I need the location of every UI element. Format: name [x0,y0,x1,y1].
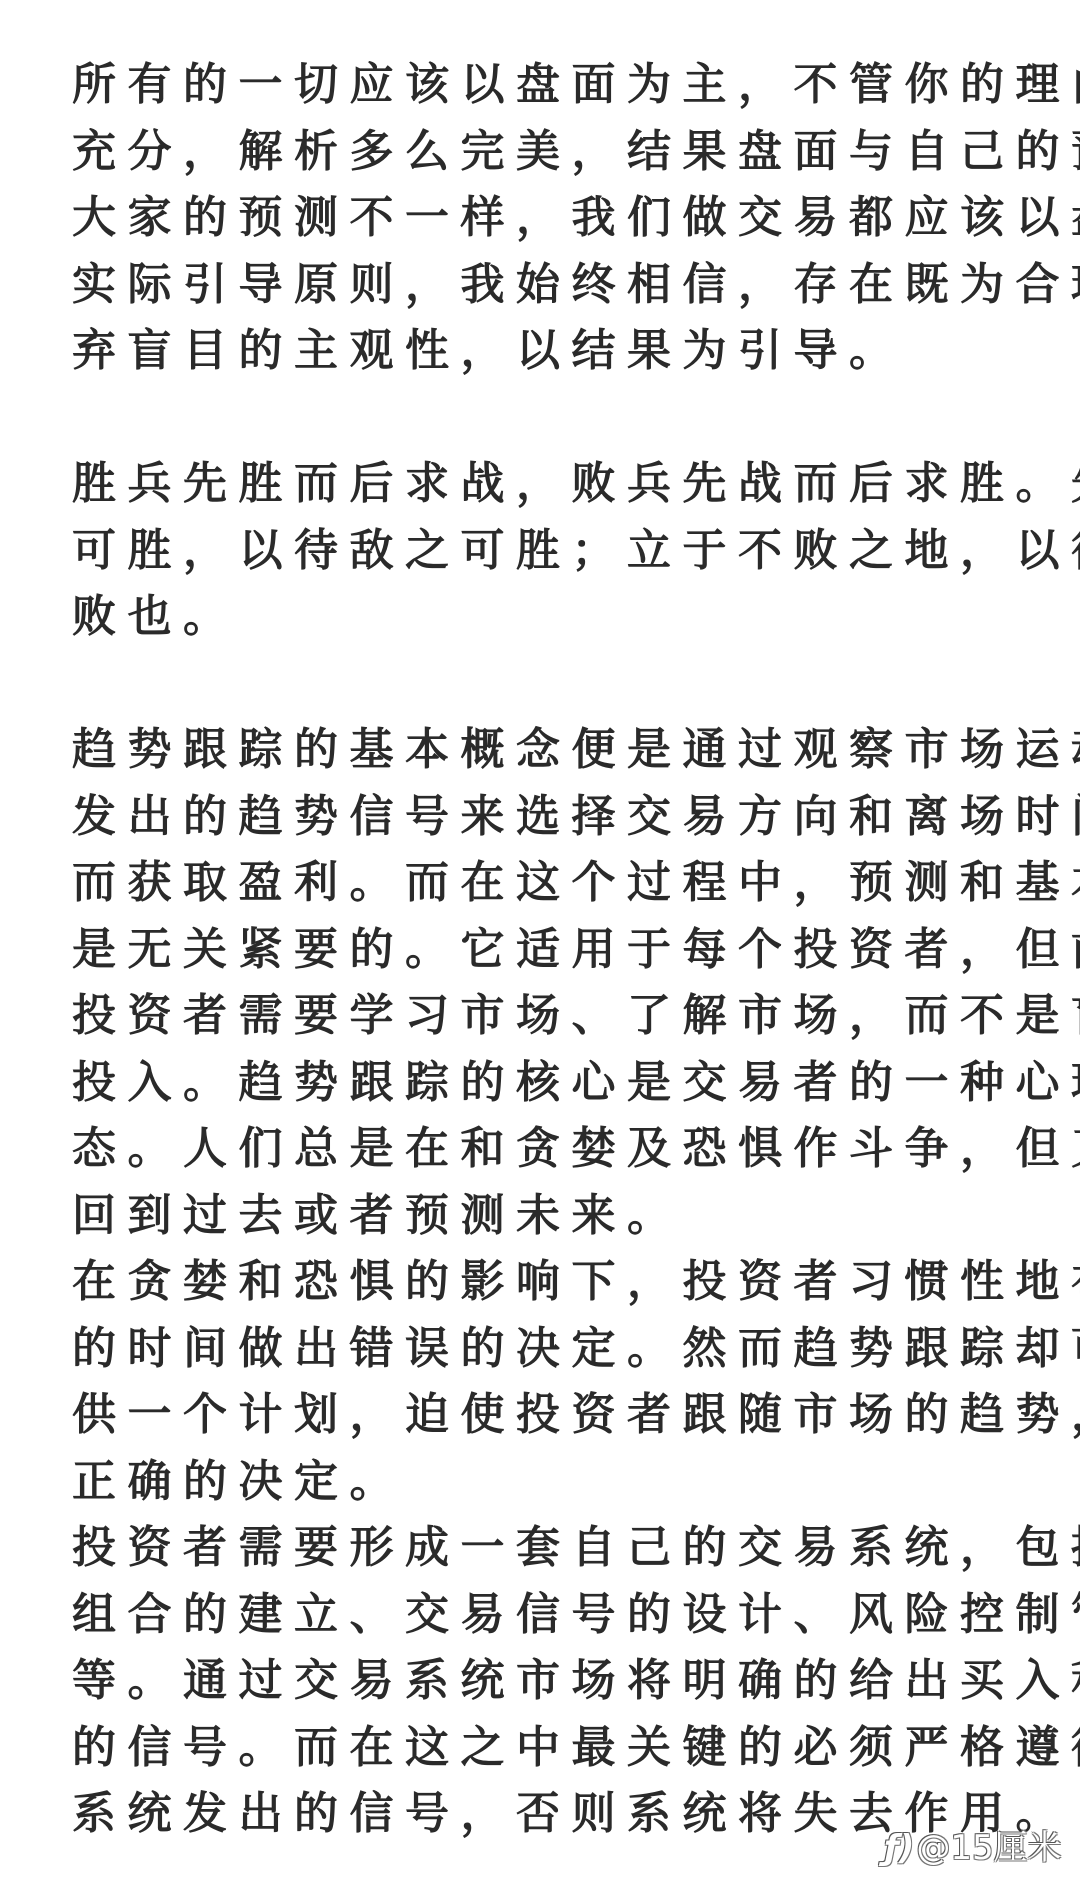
text-line: 胜兵先胜而后求战，败兵先战而后求胜。先为不 [72,451,1012,518]
paragraph-3: 趋势跟踪的基本概念便是通过观察市场运动本身 发出的趋势信号来选择交易方向和离场时… [72,717,1012,1848]
text-line: 态。人们总是在和贪婪及恐惧作斗争，但又无法 [72,1116,1012,1183]
watermark: ƒ)@15厘米 [884,1826,1062,1870]
text-line: 正确的决定。 [72,1449,1012,1516]
paragraph-spacer [72,651,1012,718]
text-line: 系统发出的信号，否则系统将失去作用。 [72,1781,1012,1848]
paragraph-2: 胜兵先胜而后求战，败兵先战而后求胜。先为不 可胜，以待敌之可胜；立于不败之地，以… [72,451,1012,651]
text-line: 而获取盈利。而在这个过程中，预测和基本面都 [72,850,1012,917]
text-line: 组合的建立、交易信号的设计、风险控制管理 [72,1582,1012,1649]
text-line: 弃盲目的主观性，以结果为引导。 [72,318,1012,385]
platform-logo-icon: ƒ) [884,1826,914,1870]
text-line: 投资者需要形成一套自己的交易系统，包括投资 [72,1515,1012,1582]
text-line: 趋势跟踪的基本概念便是通过观察市场运动本身 [72,717,1012,784]
text-line: 的信号。而在这之中最关键的必须严格遵循交易 [72,1715,1012,1782]
text-line: 发出的趋势信号来选择交易方向和离场时间，从 [72,784,1012,851]
text-line: 大家的预测不一样，我们做交易都应该以盘面为 [72,185,1012,252]
text-line: 投入。趋势跟踪的核心是交易者的一种心理状 [72,1050,1012,1117]
text-line: 回到过去或者预测未来。 [72,1183,1012,1250]
text-line: 败也。 [72,584,1012,651]
text-line: 所有的一切应该以盘面为主，不管你的理由多么 [72,52,1012,119]
text-line: 投资者需要学习市场、了解市场，而不是盲目地 [72,983,1012,1050]
text-line: 可胜，以待敌之可胜；立于不败之地，以待敌之 [72,518,1012,585]
text-line: 在贪婪和恐惧的影响下，投资者习惯性地在错误 [72,1249,1012,1316]
text-line: 是无关紧要的。它适用于每个投资者，但前提是 [72,917,1012,984]
watermark-author: @15厘米 [916,1828,1061,1868]
text-line: 的时间做出错误的决定。然而趋势跟踪却可以提 [72,1316,1012,1383]
article-body: 所有的一切应该以盘面为主，不管你的理由多么 充分，解析多么完美，结果盘面与自己的… [72,52,1012,1848]
paragraph-spacer [72,385,1012,452]
text-line: 实际引导原则，我始终相信，存在既为合理，抛 [72,252,1012,319]
text-line: 等。通过交易系统市场将明确的给出买入和卖出 [72,1648,1012,1715]
text-line: 充分，解析多么完美，结果盘面与自己的预测与 [72,119,1012,186]
text-line: 供一个计划，迫使投资者跟随市场的趋势，做出 [72,1382,1012,1449]
paragraph-1: 所有的一切应该以盘面为主，不管你的理由多么 充分，解析多么完美，结果盘面与自己的… [72,52,1012,385]
